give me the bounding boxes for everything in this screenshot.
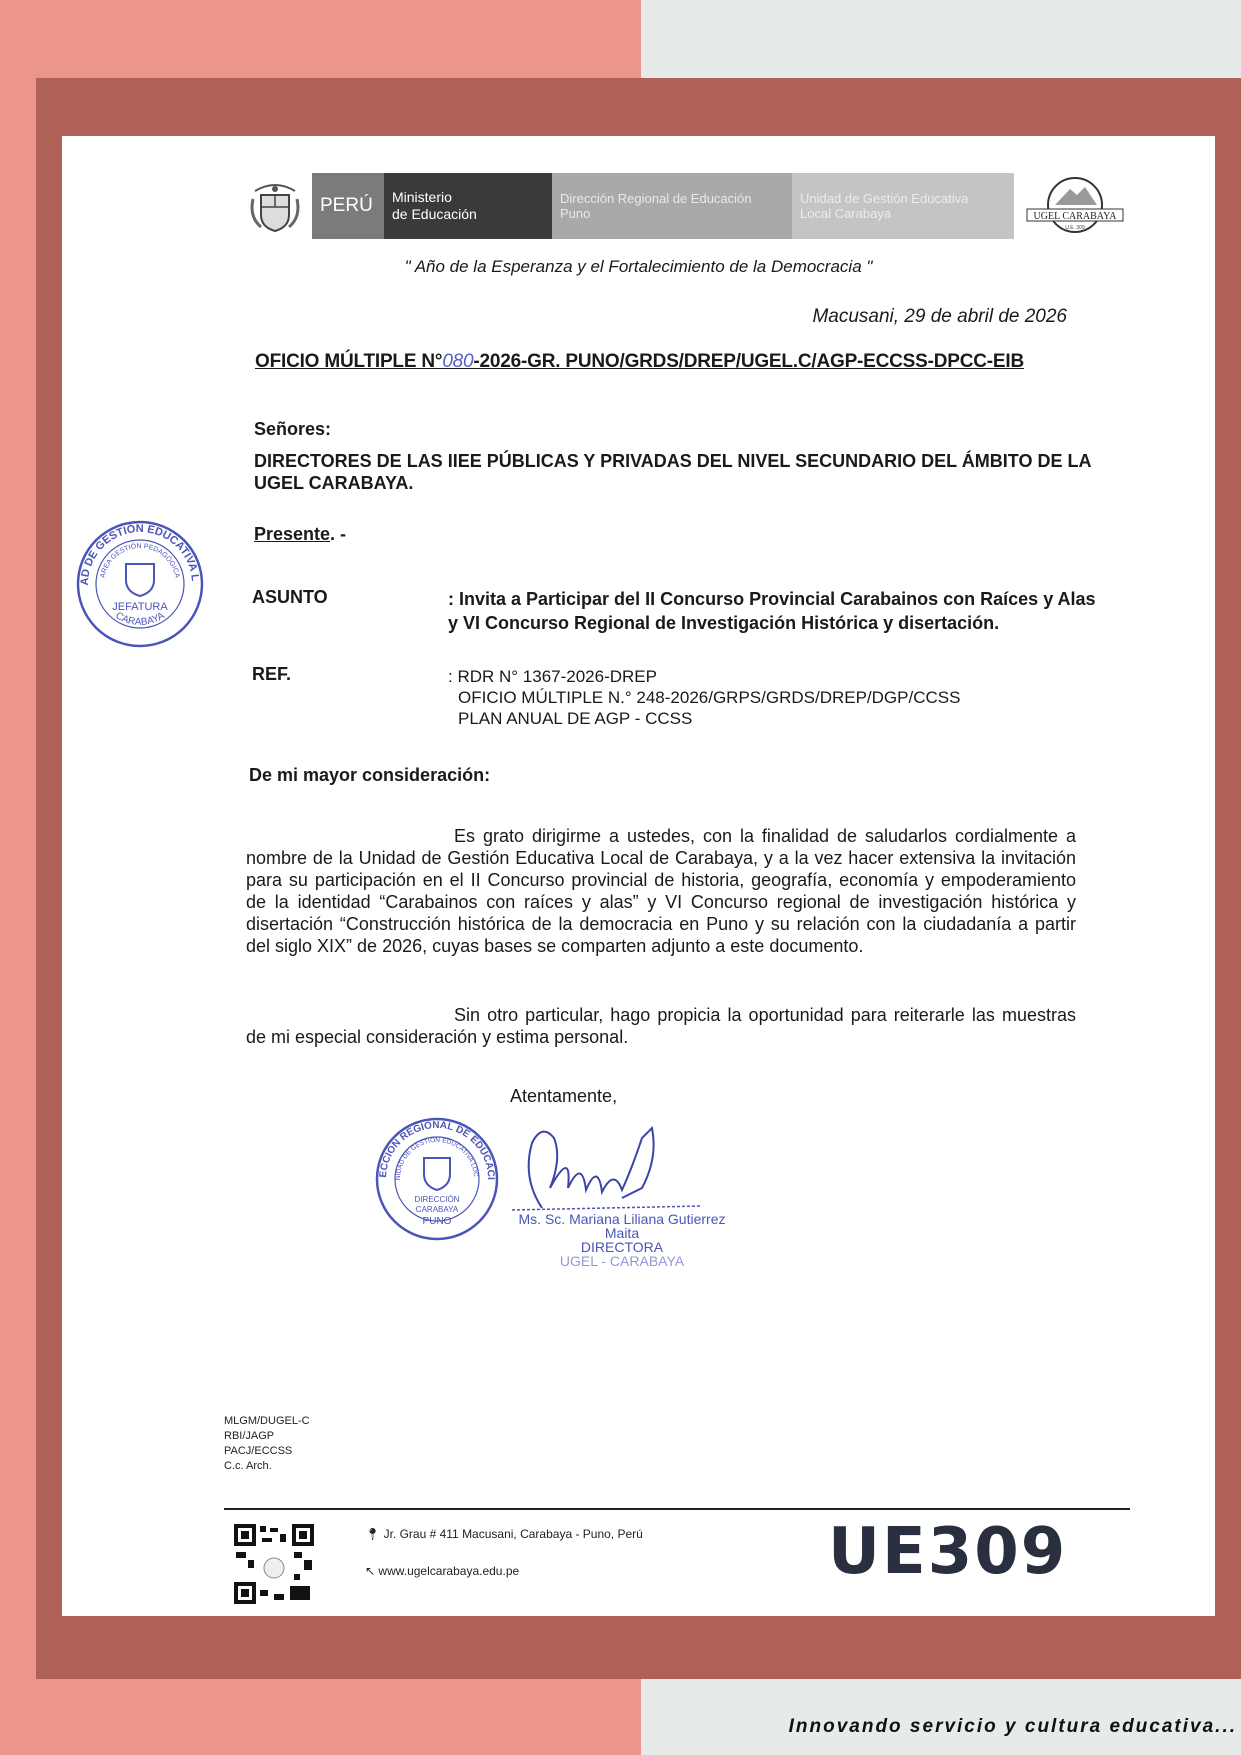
band-ministry: Ministeriode Educación [384,173,552,239]
signer-name: Ms. Sc. Mariana Liliana Gutierrez Maita [507,1212,737,1240]
oficio-number: OFICIO MÚLTIPLE N°080-2026-GR. PUNO/GRDS… [255,351,1024,373]
band-ugel: Unidad de Gestión EducativaLocal Carabay… [792,173,1014,239]
footer-address: 📍︎ Jr. Grau # 411 Macusani, Carabaya - P… [365,1527,643,1541]
institution-band: PERÚ Ministeriode Educación Dirección Re… [312,173,1014,239]
signer-org: UGEL - CARABAYA [507,1254,737,1268]
unit-code-logo: UE309 [828,1520,1067,1584]
handwritten-signature-icon [502,1118,702,1218]
footer-website[interactable]: ↖ www.ugelcarabaya.edu.pe [365,1564,519,1578]
peru-coat-of-arms-icon [247,177,303,237]
location-pin-icon: 📍︎ [365,1527,380,1541]
body-paragraph-2: Sin otro particular, hago propicia la op… [246,1004,1076,1048]
band-peru: PERÚ [312,173,384,239]
presente: Presente. - [254,524,346,545]
ref-item: PLAN ANUAL DE AGP - CCSS [448,708,960,729]
year-motto: " Año de la Esperanza y el Fortalecimien… [62,257,1215,277]
asunto-label: ASUNTO [252,587,328,608]
letterhead: PERÚ Ministeriode Educación Dirección Re… [247,173,1167,245]
ref-item: : RDR N° 1367-2026-DREP [448,666,960,687]
svg-text:U.E. 309: U.E. 309 [1065,225,1085,231]
signer-title: DIRECTORA [507,1240,737,1254]
body-paragraph-1: Es grato dirigirme a ustedes, con la fin… [246,825,1076,957]
cursor-arrow-icon: ↖ [365,1564,375,1578]
svg-text:AREA GESTIÓN PEDAGÓGICA: AREA GESTIÓN PEDAGÓGICA [100,541,181,579]
reference-initials: MLGM/DUGEL-C RBI/JAGP PACJ/ECCSS C.c. Ar… [224,1414,310,1474]
svg-text:PUNO: PUNO [423,1216,452,1227]
ref-list: : RDR N° 1367-2026-DREP OFICIO MÚLTIPLE … [448,666,960,729]
ugel-carabaya-logo-icon: UGEL CARABAYA U.E. 309 [1025,175,1125,235]
band-regional-direction: Dirección Regional de EducaciónPuno [552,173,792,239]
addressee: DIRECTORES DE LAS IIEE PÚBLICAS Y PRIVAD… [254,450,1094,494]
footer-divider [224,1508,1130,1510]
qr-code-icon[interactable] [234,1524,314,1604]
tagline: Innovando servicio y cultura educativa..… [789,1716,1237,1738]
document-date: Macusani, 29 de abril de 2026 [812,306,1067,328]
svg-text:DIRECCIÓN: DIRECCIÓN [415,1195,460,1204]
background-pink-top [0,0,641,78]
background-pink-left [0,0,36,1755]
direccion-seal-icon: DIRECCIÓN REGIONAL DE EDUCACIÓN UNIDAD D… [372,1114,502,1244]
salutation: Señores: [254,419,331,440]
document-page: PERÚ Ministeriode Educación Dirección Re… [62,136,1215,1616]
ref-label: REF. [252,664,291,685]
signer-block: Ms. Sc. Mariana Liliana Gutierrez Maita … [507,1212,737,1268]
closing: Atentamente, [510,1086,617,1107]
greeting: De mi mayor consideración: [249,765,490,786]
jefatura-seal-icon: UNIDAD DE GESTIÓN EDUCATIVA LOCAL AREA G… [70,514,210,654]
asunto-value: : Invita a Participar del II Concurso Pr… [448,587,1108,635]
background-pink-bottom [0,1679,641,1755]
svg-text:CARABAYA: CARABAYA [416,1205,459,1214]
handwritten-number: 080 [442,351,473,372]
svg-text:UGEL CARABAYA: UGEL CARABAYA [1034,211,1118,222]
ref-item: OFICIO MÚLTIPLE N.° 248-2026/GRPS/GRDS/D… [448,687,960,708]
